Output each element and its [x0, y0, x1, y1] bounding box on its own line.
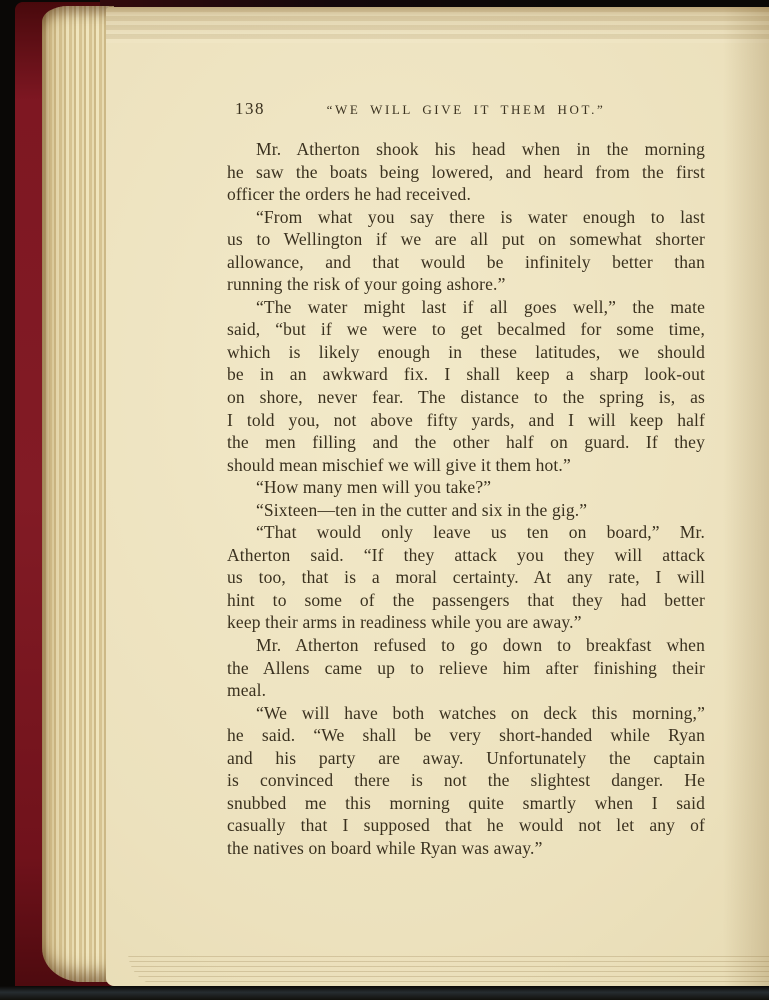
text-line: I told you, not above fifty yards, and I… — [227, 409, 705, 432]
text-line: should mean mischief we will give it the… — [227, 454, 705, 477]
text-line: Atherton said. “If they attack you they … — [227, 544, 705, 567]
text-line: us too, that is a moral certainty. At an… — [227, 566, 705, 589]
text-line: said, “but if we were to get becalmed fo… — [227, 318, 705, 341]
page-fore-edge — [42, 6, 114, 982]
text-line: allowance, and that would be infinitely … — [227, 251, 705, 274]
text-line: “From what you say there is water enough… — [227, 206, 705, 229]
running-header: “WE WILL GIVE IT THEM HOT.” — [227, 98, 705, 118]
text-line: us to Wellington if we are all put on so… — [227, 228, 705, 251]
text-line: the natives on board while Ryan was away… — [227, 837, 705, 860]
text-line: running the risk of your going ashore.” — [227, 273, 705, 296]
text-line: “We will have both watches on deck this … — [227, 702, 705, 725]
text-line: the men filling and the other half on gu… — [227, 431, 705, 454]
text-line: meal. — [227, 679, 705, 702]
text-line: casually that I supposed that he would n… — [227, 814, 705, 837]
text-line: Mr. Atherton shook his head when in the … — [227, 138, 705, 161]
text-line: he said. “We shall be very short-handed … — [227, 724, 705, 747]
text-line: officer the orders he had received. — [227, 183, 705, 206]
text-line: keep their arms in readiness while you a… — [227, 611, 705, 634]
text-line: Mr. Atherton refused to go down to break… — [227, 634, 705, 657]
text-line: the Allens came up to relieve him after … — [227, 657, 705, 680]
page-number: 138 — [235, 99, 265, 119]
text-block: Mr. Atherton shook his head when in the … — [227, 138, 705, 860]
page-header: 138 “WE WILL GIVE IT THEM HOT.” — [227, 98, 705, 124]
text-line: he saw the boats being lowered, and hear… — [227, 161, 705, 184]
text-line: is convinced there is not the slightest … — [227, 769, 705, 792]
page-bottom-edges — [128, 952, 769, 986]
book-photo-scene: 138 “WE WILL GIVE IT THEM HOT.” Mr. Athe… — [0, 0, 769, 1000]
text-line: on shore, never fear. The distance to th… — [227, 386, 705, 409]
text-line: which is likely enough in these latitude… — [227, 341, 705, 364]
text-line: be in an awkward fix. I shall keep a sha… — [227, 363, 705, 386]
text-line: “That would only leave us ten on board,”… — [227, 521, 705, 544]
text-line: hint to some of the passengers that they… — [227, 589, 705, 612]
text-line: and his party are away. Unfortunately th… — [227, 747, 705, 770]
text-line: “Sixteen—ten in the cutter and six in th… — [227, 499, 705, 522]
table-edge — [0, 986, 769, 1000]
text-line: “How many men will you take?” — [227, 476, 705, 499]
text-line: “The water might last if all goes well,”… — [227, 296, 705, 319]
text-line: snubbed me this morning quite smartly wh… — [227, 792, 705, 815]
